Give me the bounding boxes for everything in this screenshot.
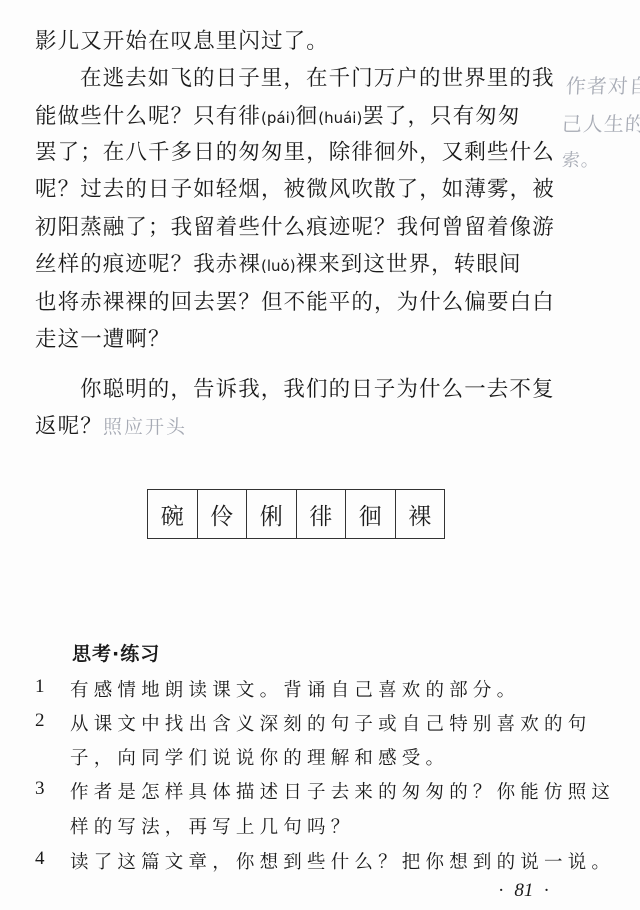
pinyin-luo: (luǒ): [261, 257, 296, 275]
body-line-9: 走这一遭啊？: [35, 327, 171, 353]
handwritten-side-note-line-3: 索。: [561, 146, 600, 172]
text-segment: 丝样的痕迹呢？我赤裸: [35, 252, 261, 277]
exercise-number: 1: [35, 676, 45, 698]
exercise-3-text-line-1: 作者是怎样具体描述日子去来的匆匆的？你能仿照这: [70, 778, 615, 804]
page-dot-right: ·: [543, 880, 549, 901]
char-cell: 伶: [198, 490, 248, 538]
body-line-10: 你聪明的，告诉我，我们的日子为什么一去不复: [80, 377, 555, 403]
pinyin-pai: (pái): [261, 109, 296, 127]
body-line-8: 也将赤裸裸的回去罢？但不能平的，为什么偏要白白: [35, 290, 555, 316]
char-cell: 裸: [396, 490, 445, 538]
exercise-1-text: 有感情地朗读课文。背诵自己喜欢的部分。: [70, 676, 520, 702]
body-line-1: 影儿又开始在叹息里闪过了。: [35, 29, 329, 55]
char-cell: 徊: [346, 490, 396, 538]
pinyin-huai: (huái): [318, 109, 362, 127]
exercise-number: 3: [35, 778, 45, 800]
body-line-7: 丝样的痕迹呢？我赤裸(luǒ)裸来到这世界，转眼间: [35, 252, 522, 279]
text-segment: 徊: [296, 104, 319, 129]
textbook-page: 影儿又开始在叹息里闪过了。 在逃去如飞的日子里，在千门万户的世界里的我 能做些什…: [0, 0, 640, 910]
body-line-4: 罢了；在八千多日的匆匆里，除徘徊外，又剩些什么: [35, 140, 555, 166]
exercise-4-text: 读了这篇文章，你想到些什么？把你想到的说一说。: [70, 848, 615, 874]
body-line-11: 返呢？: [35, 414, 103, 440]
exercise-number: 4: [35, 848, 45, 870]
char-cell: 俐: [247, 490, 297, 538]
handwritten-side-note-line-1: 作者对自: [565, 70, 640, 99]
body-line-5: 呢？过去的日子如轻烟，被微风吹散了，如薄雾，被: [35, 177, 555, 203]
handwritten-inline-note: 照应开头: [103, 412, 187, 439]
page-number: ·81·: [498, 880, 550, 902]
handwritten-side-note-line-2: 己人生的思: [561, 108, 640, 137]
body-line-3: 能做些什么呢？只有徘(pái)徊(huái)罢了，只有匆匆: [35, 104, 521, 131]
text-segment: 裸来到这世界，转眼间: [296, 252, 522, 277]
page-number-value: 81: [514, 880, 533, 901]
exercise-3-text-line-2: 样的写法，再写上几句吗？: [70, 813, 354, 839]
exercise-number: 2: [35, 710, 45, 732]
page-dot-left: ·: [498, 880, 504, 901]
text-segment: 罢了，只有匆匆: [362, 104, 520, 129]
text-segment: 能做些什么呢？只有徘: [35, 104, 261, 129]
exercises-heading: 思考·练习: [72, 639, 160, 666]
body-line-2: 在逃去如飞的日子里，在千门万户的世界里的我: [80, 66, 555, 92]
char-cell: 徘: [297, 490, 347, 538]
body-line-6: 初阳蒸融了；我留着些什么痕迹呢？我何曾留着像游: [35, 215, 555, 241]
exercise-2-text-line-1: 从课文中找出含义深刻的句子或自己特别喜欢的句: [70, 710, 591, 736]
new-characters-table: 碗 伶 俐 徘 徊 裸: [147, 489, 445, 539]
char-cell: 碗: [148, 490, 198, 538]
exercise-2-text-line-2: 子，向同学们说说你的理解和感受。: [70, 744, 449, 770]
